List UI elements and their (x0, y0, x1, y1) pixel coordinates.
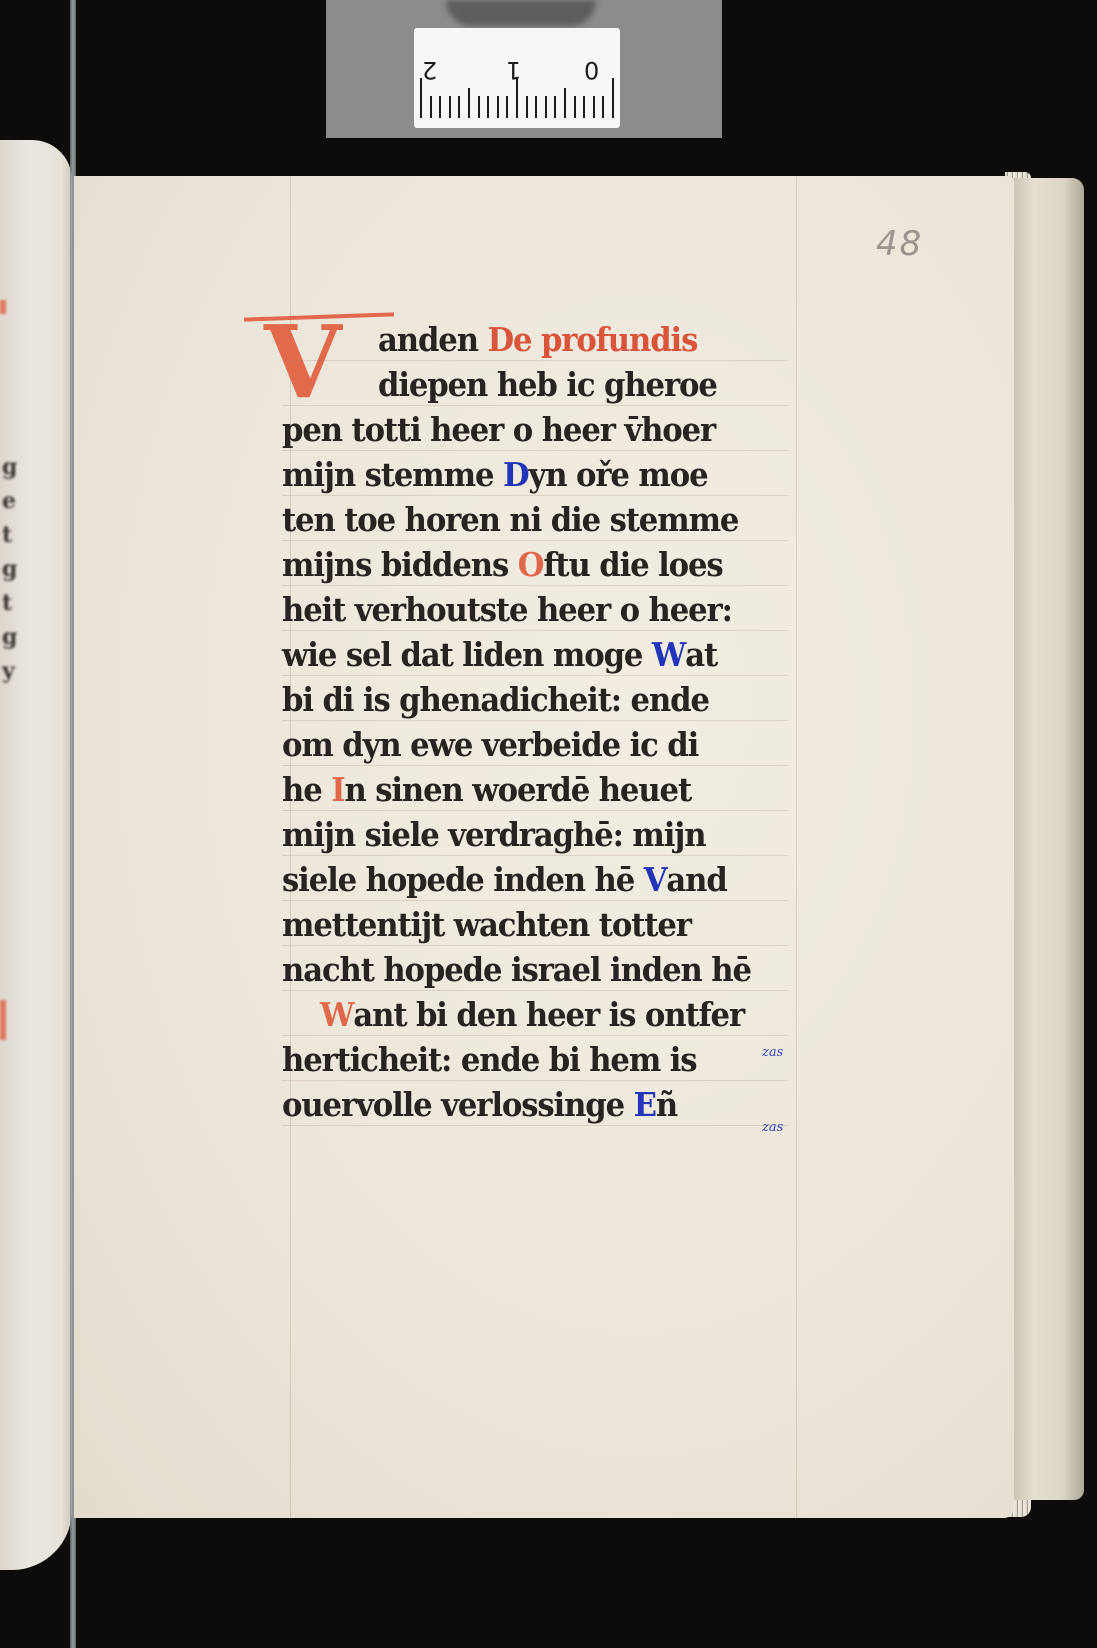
manuscript-line: herticheit: ende bi hem is (282, 1040, 696, 1079)
ruler-tick (554, 96, 556, 118)
ruler-tick (420, 78, 422, 118)
ruling-line (282, 855, 788, 856)
ruler-tick (612, 78, 614, 118)
ruler-tick (593, 96, 595, 118)
ruler-tick (545, 96, 547, 118)
ruling-line (282, 810, 788, 811)
ruler-tick (497, 96, 499, 118)
line-text: n sinen woerdē heuet (344, 770, 691, 809)
line-text: bi di is ghenadicheit: ende (282, 680, 709, 719)
ruling-line (282, 450, 788, 451)
margin-note: zas (762, 1120, 783, 1135)
rubric-heading: De profundis (487, 320, 697, 359)
decorated-initial: W (652, 635, 685, 674)
margin-note: zas (762, 1045, 783, 1060)
line-text: mettentijt wachten totter (282, 905, 691, 944)
ruler-tick (430, 96, 432, 118)
left-page-red-mark (0, 1000, 6, 1040)
manuscript-line: siele hopede inden hē Vand (282, 860, 727, 899)
decorated-initial: E (634, 1085, 656, 1124)
ruler-tick (458, 96, 460, 118)
line-text: nacht hopede israel inden hē (282, 950, 751, 989)
ruler-tick (526, 96, 528, 118)
line-text: ñ (656, 1085, 677, 1124)
manuscript-line: Want bi den heer is ontfer (320, 995, 744, 1034)
left-page-red-mark (0, 300, 6, 314)
ruling-line (282, 540, 788, 541)
ruler-tick (468, 88, 470, 118)
decorated-initial: V (644, 860, 667, 899)
line-text: at (685, 635, 717, 674)
book-binding-edge (1012, 178, 1084, 1500)
line-text: mijns biddens (282, 545, 518, 584)
ruling-line (282, 360, 788, 361)
ruler-tick (564, 88, 566, 118)
ruler-tick (506, 96, 508, 118)
ruler-tick (487, 96, 489, 118)
ruling-line (282, 1080, 788, 1081)
manuscript-line: mettentijt wachten totter (282, 905, 691, 944)
line-text: siele hopede inden hē (282, 860, 644, 899)
manuscript-line: mijn stemme Dyn oře moe (282, 455, 707, 494)
manuscript-line: mijns biddens Oftu die loes (282, 545, 723, 584)
ruling-line (282, 990, 788, 991)
opening-initial: V (264, 312, 342, 412)
manuscript-line: ouervolle verlossinge Eñ (282, 1085, 677, 1124)
decorated-initial: W (320, 995, 353, 1034)
manuscript-line: he In sinen woerdē heuet (282, 770, 691, 809)
ruling-line (282, 495, 788, 496)
ruler-tick (583, 96, 585, 118)
manuscript-line: ten toe horen ni die stemme (282, 500, 738, 539)
ruling-line (282, 630, 788, 631)
ruling-line (282, 675, 788, 676)
left-page-text-fragment: getgtgy (2, 450, 18, 688)
manuscript-line: mijn siele verdraghē: mijn (282, 815, 705, 854)
ruling-line (282, 405, 788, 406)
line-text: anden (378, 320, 487, 359)
line-text: mijn siele verdraghē: mijn (282, 815, 705, 854)
manuscript-page: 48 V anden De profundisdiepen heb ic ghe… (74, 176, 1014, 1518)
facing-left-page: getgtgy (0, 140, 72, 1570)
ruler-tick (439, 96, 441, 118)
ruling-line (282, 900, 788, 901)
ruler-tick (574, 96, 576, 118)
line-text: mijn stemme (282, 455, 503, 494)
ruler-tick (449, 96, 451, 118)
line-text: pen totti heer o heer v̄hoer (282, 410, 715, 449)
ruler-ticks (420, 74, 614, 118)
ruling-line (282, 765, 788, 766)
manuscript-line: pen totti heer o heer v̄hoer (282, 410, 715, 449)
decorated-initial: I (331, 770, 344, 809)
manuscript-line: heit verhoutste heer o heer: (282, 590, 732, 629)
manuscript-line: om dyn ewe verbeide ic di (282, 725, 698, 764)
ruler-tick (516, 78, 518, 118)
line-text: wie sel dat liden moge (282, 635, 652, 674)
manuscript-line: bi di is ghenadicheit: ende (282, 680, 709, 719)
ruling-line (282, 585, 788, 586)
line-text: ten toe horen ni die stemme (282, 500, 738, 539)
scale-card: 0 1 2 (326, 0, 722, 138)
line-text: yn oře moe (528, 455, 707, 494)
ruling-right (796, 176, 797, 1518)
ruler-tick (535, 96, 537, 118)
folio-number: 48 (876, 224, 923, 264)
line-text: om dyn ewe verbeide ic di (282, 725, 698, 764)
ruler-tick (478, 96, 480, 118)
line-text: ftu die loes (543, 545, 722, 584)
line-text: herticheit: ende bi hem is (282, 1040, 696, 1079)
line-text: he (282, 770, 331, 809)
line-text: and (666, 860, 726, 899)
ruling-line (282, 945, 788, 946)
ruler-tick (602, 96, 604, 118)
ruling-line (282, 1035, 788, 1036)
decorated-initial: D (503, 455, 529, 494)
line-text: diepen heb ic gheroe (378, 365, 717, 404)
ruling-line (282, 1125, 788, 1126)
line-text: ouervolle verlossinge (282, 1085, 634, 1124)
ruler: 0 1 2 (414, 28, 620, 128)
line-text: ant bi den heer is ontfer (353, 995, 744, 1034)
manuscript-line: diepen heb ic gheroe (378, 365, 717, 404)
line-text: heit verhoutste heer o heer: (282, 590, 732, 629)
ruling-line (282, 720, 788, 721)
decorated-initial: O (518, 545, 544, 584)
manuscript-line: wie sel dat liden moge Wat (282, 635, 717, 674)
manuscript-line: anden De profundis (378, 320, 697, 359)
manuscript-line: nacht hopede israel inden hē (282, 950, 751, 989)
scale-card-shadow (446, 0, 596, 26)
